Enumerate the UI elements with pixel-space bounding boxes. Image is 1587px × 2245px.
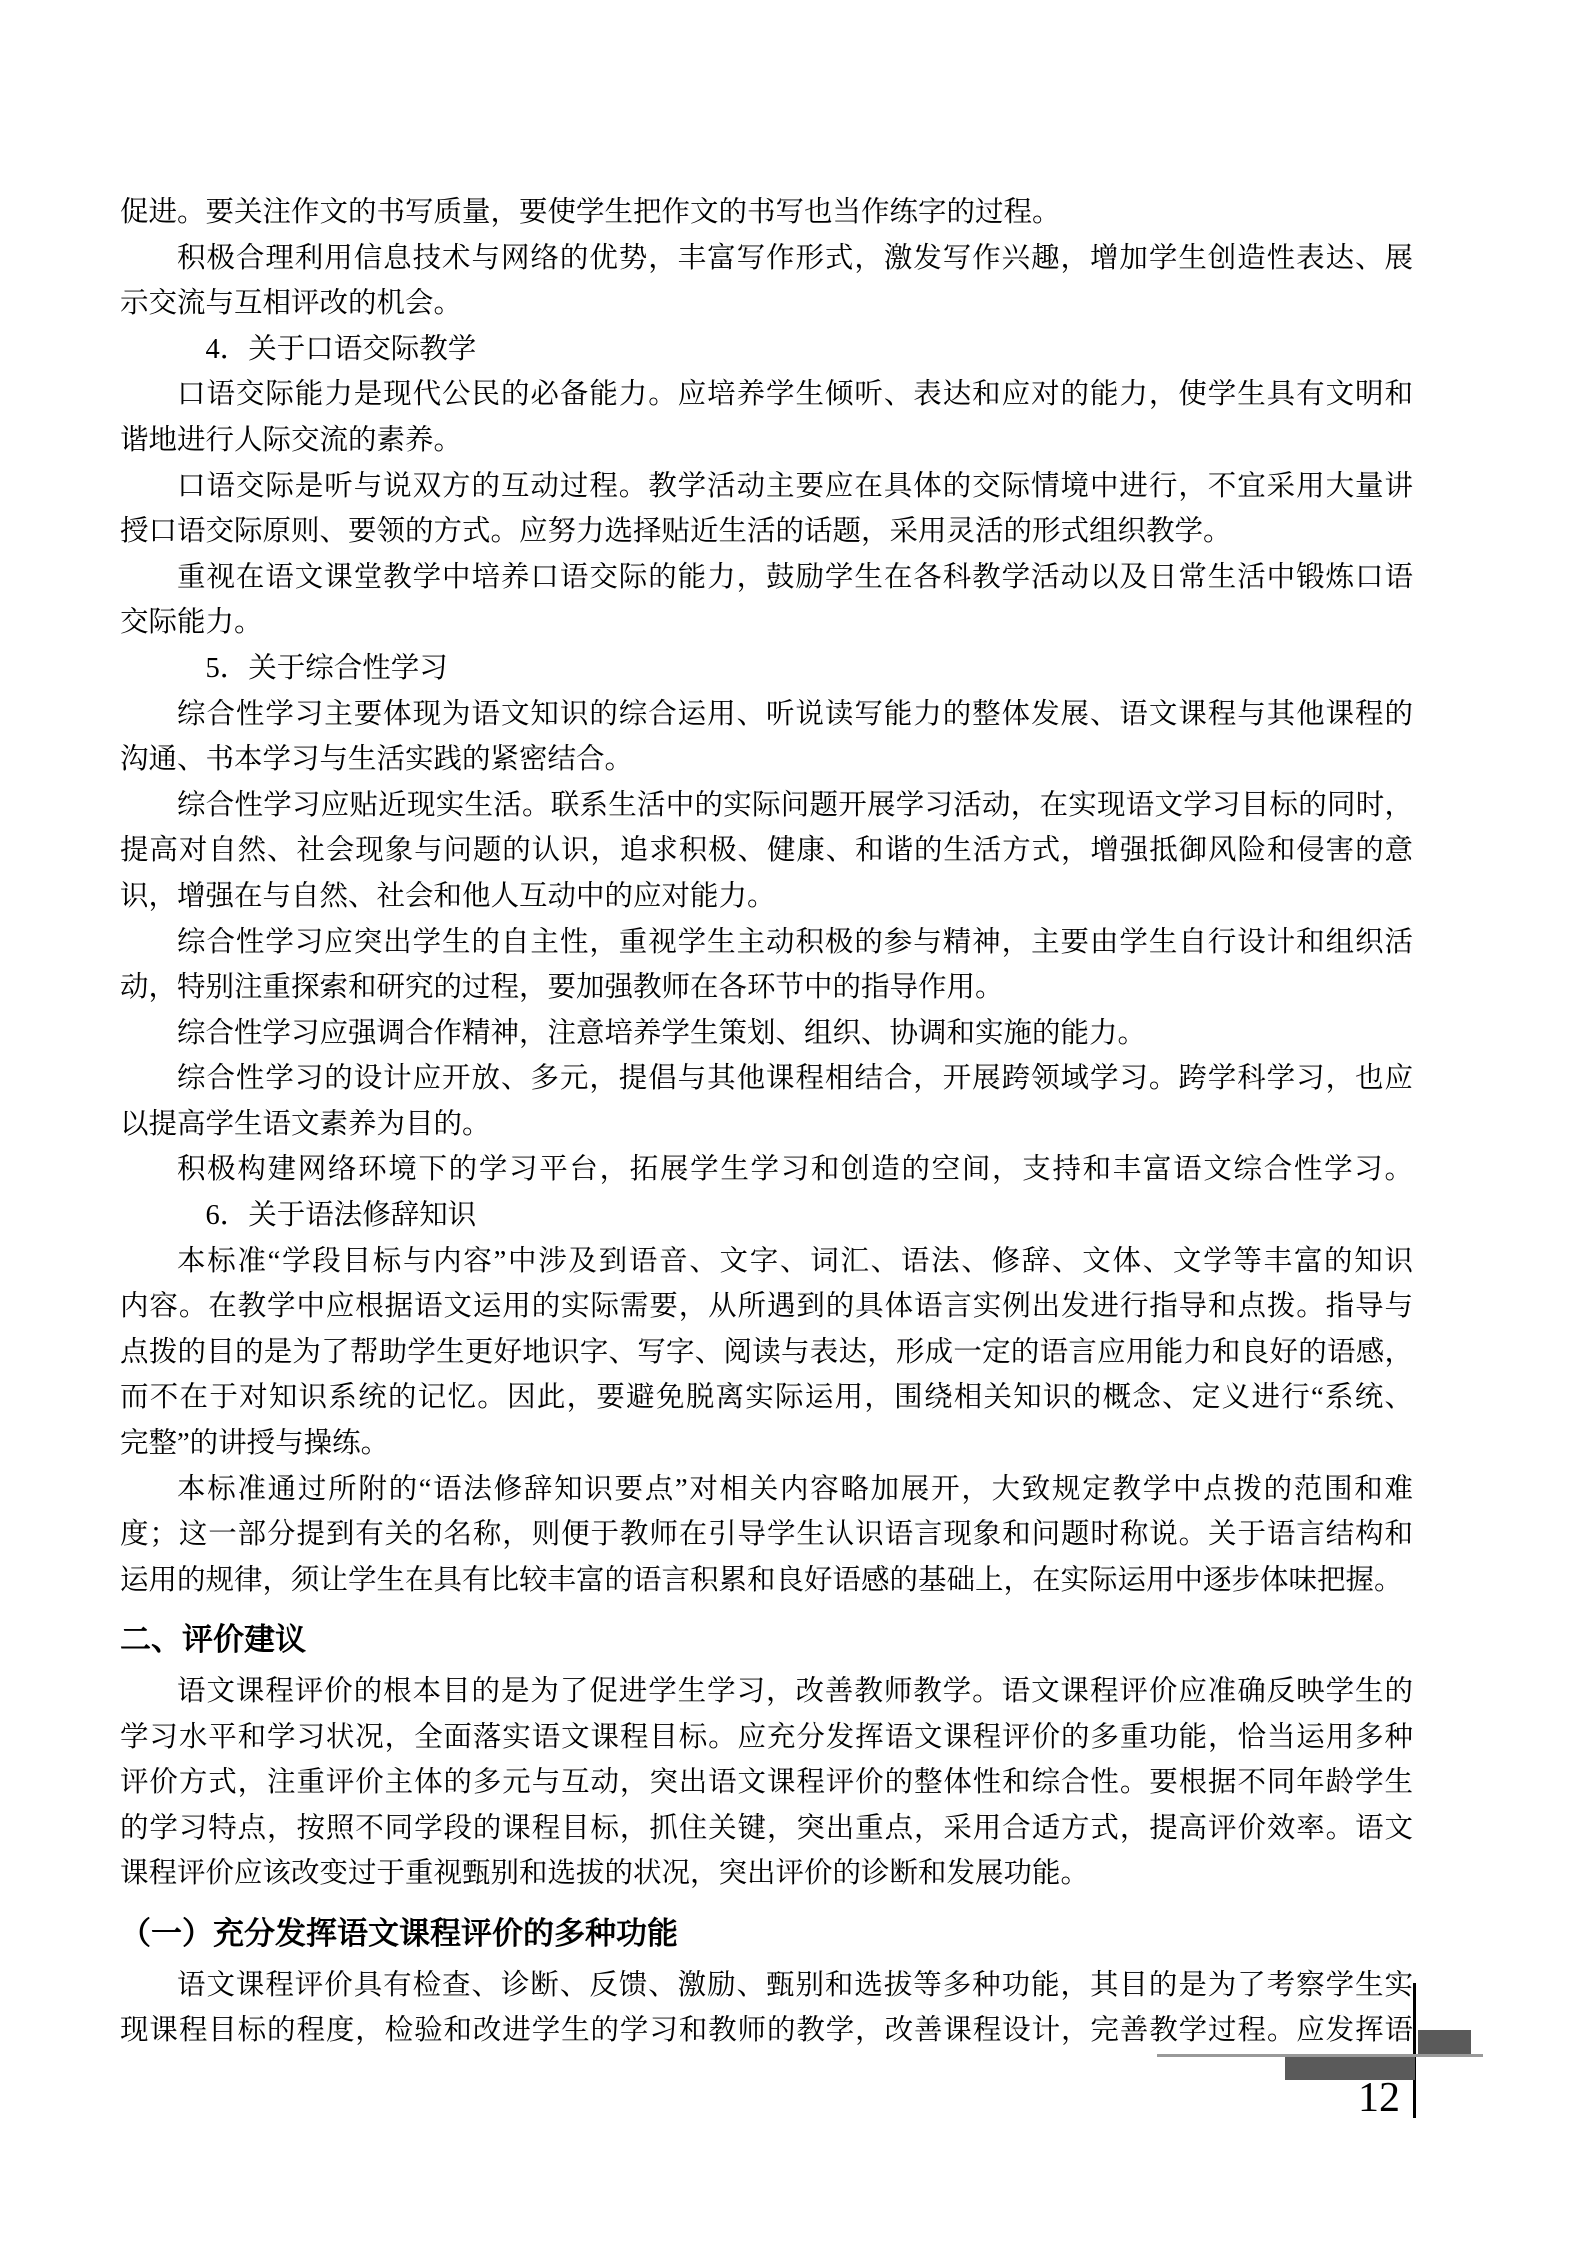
text-line: 运用的规律，须让学生在具有比较丰富的语言积累和良好语感的基础上，在实际运用中逐步…	[120, 1558, 1413, 1604]
text-line: 综合性学习应突出学生的自主性，重视学生主动积极的参与精神，主要由学生自行设计和组…	[120, 920, 1413, 966]
numbered-item: 5．关于综合性学习	[120, 646, 1413, 692]
text-line: 积极构建网络环境下的学习平台，拓展学生学习和创造的空间，支持和丰富语文综合性学习…	[120, 1147, 1413, 1193]
document-page: { "content": { "lines": [ {"text": "促进。要…	[0, 0, 1587, 2245]
text-line: 完整”的讲授与操练。	[120, 1421, 1413, 1467]
text-line: 动，特别注重探索和研究的过程，要加强教师在各环节中的指导作用。	[120, 965, 1413, 1011]
text-line: 而不在于对知识系统的记忆。因此，要避免脱离实际运用，围绕相关知识的概念、定义进行…	[120, 1375, 1413, 1421]
text-line: 综合性学习应强调合作精神，注意培养学生策划、组织、协调和实施的能力。	[120, 1011, 1413, 1057]
text-line: 综合性学习的设计应开放、多元，提倡与其他课程相结合，开展跨领域学习。跨学科学习，…	[120, 1056, 1413, 1102]
text-line: 积极合理利用信息技术与网络的优势，丰富写作形式，激发写作兴趣，增加学生创造性表达…	[120, 236, 1413, 282]
subsection-heading: （一）充分发挥语文课程评价的多种功能	[120, 1911, 1413, 1957]
text-line: 语文课程评价的根本目的是为了促进学生学习，改善教师教学。语文课程评价应准确反映学…	[120, 1669, 1413, 1715]
text-line: 提高对自然、社会现象与问题的认识，追求积极、健康、和谐的生活方式，增强抵御风险和…	[120, 828, 1413, 874]
text-line: 口语交际能力是现代公民的必备能力。应培养学生倾听、表达和应对的能力，使学生具有文…	[120, 372, 1413, 418]
text-line: 谐地进行人际交流的素养。	[120, 418, 1413, 464]
text-line: 内容。在教学中应根据语文运用的实际需要，从所遇到的具体语言实例出发进行指导和点拨…	[120, 1284, 1413, 1330]
page-number: 12	[1300, 2077, 1400, 2119]
text-line: 现课程目标的程度，检验和改进学生的学习和教师的教学，改善课程设计，完善教学过程。…	[120, 2008, 1413, 2054]
text-line: 口语交际是听与说双方的互动过程。教学活动主要应在具体的交际情境中进行，不宜采用大…	[120, 464, 1413, 510]
text-line: 学习水平和学习状况，全面落实语文课程目标。应充分发挥语文课程评价的多重功能，恰当…	[120, 1715, 1413, 1761]
text-line: 语文课程评价具有检查、诊断、反馈、激励、甄别和选拔等多种功能，其目的是为了考察学…	[120, 1963, 1413, 2009]
text-line: 评价方式，注重评价主体的多元与互动，突出语文课程评价的整体性和综合性。要根据不同…	[120, 1760, 1413, 1806]
text-line: 以提高学生语文素养为目的。	[120, 1102, 1413, 1148]
text-line: 点拨的目的是为了帮助学生更好地识字、写字、阅读与表达，形成一定的语言应用能力和良…	[120, 1330, 1413, 1376]
section-heading: 二、评价建议	[120, 1617, 1413, 1663]
text-line: 综合性学习主要体现为语文知识的综合运用、听说读写能力的整体发展、语文课程与其他课…	[120, 692, 1413, 738]
numbered-item: 6．关于语法修辞知识	[120, 1193, 1413, 1239]
text-line: 重视在语文课堂教学中培养口语交际的能力，鼓励学生在各科教学活动以及日常生活中锻炼…	[120, 555, 1413, 601]
text-line: 促进。要关注作文的书写质量，要使学生把作文的书写也当作练字的过程。	[120, 190, 1413, 236]
text-line: 本标准通过所附的“语法修辞知识要点”对相关内容略加展开，大致规定教学中点拨的范围…	[120, 1467, 1413, 1513]
text-line: 示交流与互相评改的机会。	[120, 281, 1413, 327]
text-line: 综合性学习应贴近现实生活。联系生活中的实际问题开展学习活动，在实现语文学习目标的…	[120, 783, 1413, 829]
text-line: 授口语交际原则、要领的方式。应努力选择贴近生活的话题，采用灵活的形式组织教学。	[120, 509, 1413, 555]
text-line: 交际能力。	[120, 600, 1413, 646]
text-line: 度；这一部分提到有关的名称，则便于教师在引导学生认识语言现象和问题时称说。关于语…	[120, 1512, 1413, 1558]
text-line: 沟通、书本学习与生活实践的紧密结合。	[120, 737, 1413, 783]
text-line: 本标准“学段目标与内容”中涉及到语音、文字、词汇、语法、修辞、文体、文学等丰富的…	[120, 1239, 1413, 1285]
page-canvas: 促进。要关注作文的书写质量，要使学生把作文的书写也当作练字的过程。积极合理利用信…	[0, 0, 1587, 2245]
footer-gray-block-right	[1418, 2030, 1471, 2055]
text-line: 课程评价应该改变过于重视甄别和选拔的状况，突出评价的诊断和发展功能。	[120, 1851, 1413, 1897]
footer-vertical-rule	[1413, 1983, 1416, 2118]
numbered-item: 4．关于口语交际教学	[120, 327, 1413, 373]
text-line: 识，增强在与自然、社会和他人互动中的应对能力。	[120, 874, 1413, 920]
body-text-block: 促进。要关注作文的书写质量，要使学生把作文的书写也当作练字的过程。积极合理利用信…	[120, 190, 1413, 2054]
text-line: 的学习特点，按照不同学段的课程目标，抓住关键，突出重点，采用合适方式，提高评价效…	[120, 1806, 1413, 1852]
